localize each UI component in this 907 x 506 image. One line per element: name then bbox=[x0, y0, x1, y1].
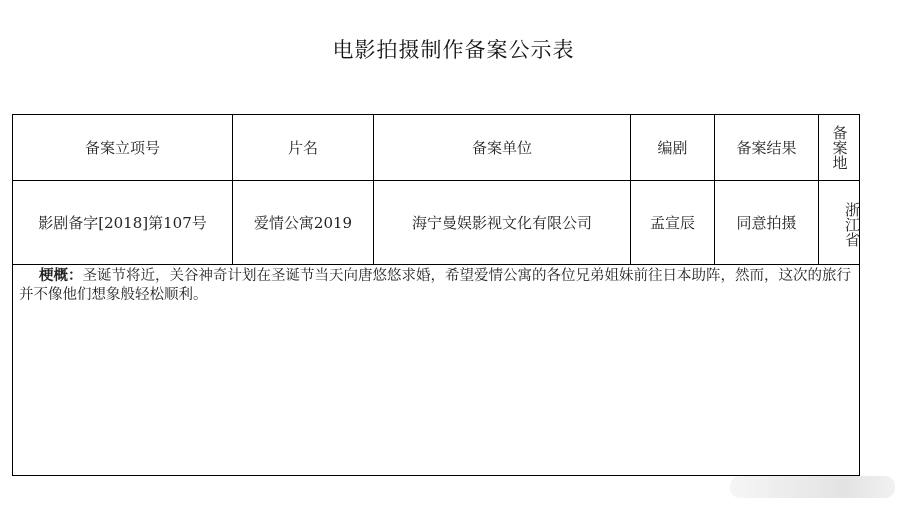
cell-filing-unit: 海宁曼娱影视文化有限公司 bbox=[374, 181, 631, 265]
synopsis: 梗概：圣诞节将近，关谷神奇计划在圣诞节当天向唐悠悠求婚，希望爱情公寓的各位兄弟姐… bbox=[13, 265, 858, 305]
cell-location: 浙江省 bbox=[819, 181, 859, 265]
cell-filing-number: 影剧备字[2018]第107号 bbox=[13, 181, 233, 265]
header-location: 备案地 bbox=[819, 115, 859, 181]
page-title: 电影拍摄制作备案公示表 bbox=[0, 34, 907, 64]
header-screenwriter: 编剧 bbox=[631, 115, 715, 181]
cell-film-title: 爱情公寓2019 bbox=[233, 181, 374, 265]
header-filing-number: 备案立项号 bbox=[13, 115, 233, 181]
header-filing-unit: 备案单位 bbox=[374, 115, 631, 181]
header-result: 备案结果 bbox=[715, 115, 819, 181]
cell-screenwriter: 孟宣辰 bbox=[631, 181, 715, 265]
filing-table: 备案立项号 片名 备案单位 编剧 备案结果 备案地 影剧备字[2018]第107… bbox=[12, 114, 860, 476]
synopsis-label: 梗概： bbox=[39, 268, 83, 284]
cell-result: 同意拍摄 bbox=[715, 181, 819, 265]
header-film-title: 片名 bbox=[233, 115, 374, 181]
synopsis-text: 圣诞节将近，关谷神奇计划在圣诞节当天向唐悠悠求婚，希望爱情公寓的各位兄弟姐妹前往… bbox=[19, 268, 851, 303]
blurred-watermark bbox=[730, 476, 895, 498]
